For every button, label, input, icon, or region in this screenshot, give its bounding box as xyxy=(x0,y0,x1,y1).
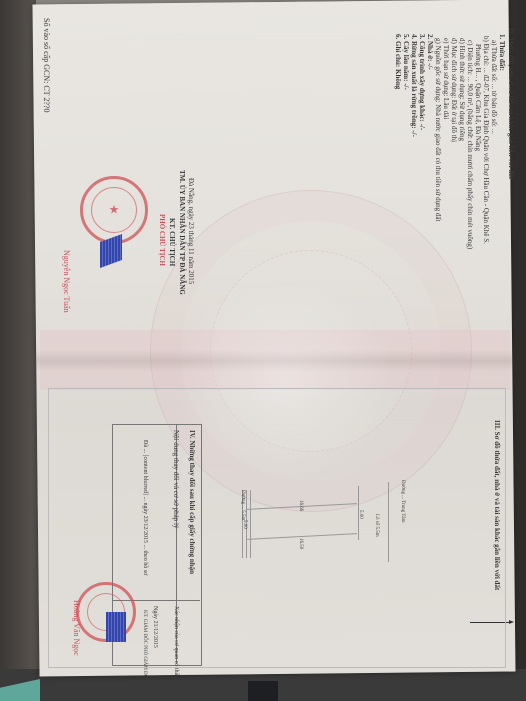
section-ii-e: e) Thời hạn sử dụng: Lâu dài xyxy=(441,38,450,119)
background-object xyxy=(248,681,278,701)
section-ii-g: g) Nguồn gốc sử dụng: Nhà nước giao đất … xyxy=(433,38,442,221)
section-ii-item-3: 3. Công trình xây dựng khác: -/- xyxy=(417,34,426,130)
serial-number: Số vào sổ cấp GCN: CT 2??0 xyxy=(42,18,51,113)
signer-name: Nguyễn Ngọc Tuấn xyxy=(62,250,71,313)
section-ii-dd: đ) Mục đích sử dụng: Đất ở tại đô thị xyxy=(449,38,458,142)
section-ii-b2: Phường H... , Quận Cẩm Lệ, Đà Nẵng xyxy=(473,44,482,151)
section-ii-c: c) Diện tích: ... 90,0 m², (bằng chữ: ch… xyxy=(465,40,474,249)
issuing-org: TM. ỦY BAN NHÂN DÂN TP ĐÀ NẴNG xyxy=(177,170,186,295)
section-ii-a: a) Thửa đất số: ... tờ bản đồ số: ... xyxy=(489,40,498,134)
section-ii-item-4: 4. Rừng sản xuất là rừng trồng: -/- xyxy=(409,34,418,137)
section-ii-item-2: 2. Nhà ở: -/- xyxy=(425,34,434,70)
section-ii-title: II. Thửa đất, nhà ở và tài sản khác gắn … xyxy=(506,28,515,179)
section-ii-item-6: 6. Ghi chú: Không xyxy=(393,34,402,89)
issue-date: Đà Nẵng, ngày 23 tháng 11 năm 2015 xyxy=(186,178,195,284)
section-ii-item-1: 1. Thửa đất: xyxy=(497,34,506,71)
lower-page-frame xyxy=(48,388,506,668)
official-red-stamp: ★ xyxy=(80,176,148,244)
signer-role-1: KT. CHỦ TỊCH xyxy=(167,218,176,266)
signer-role-2: PHÓ CHỦ TỊCH xyxy=(157,214,166,266)
section-ii-b: b) Địa chỉ: ... đ2-07, Khu Gia Định Quân… xyxy=(481,36,490,244)
section-ii-d: d) Hình thức sử dụng: Sử dụng riêng xyxy=(457,38,466,141)
section-ii-item-5: 5. Cây lâu năm: -/- xyxy=(401,34,410,90)
